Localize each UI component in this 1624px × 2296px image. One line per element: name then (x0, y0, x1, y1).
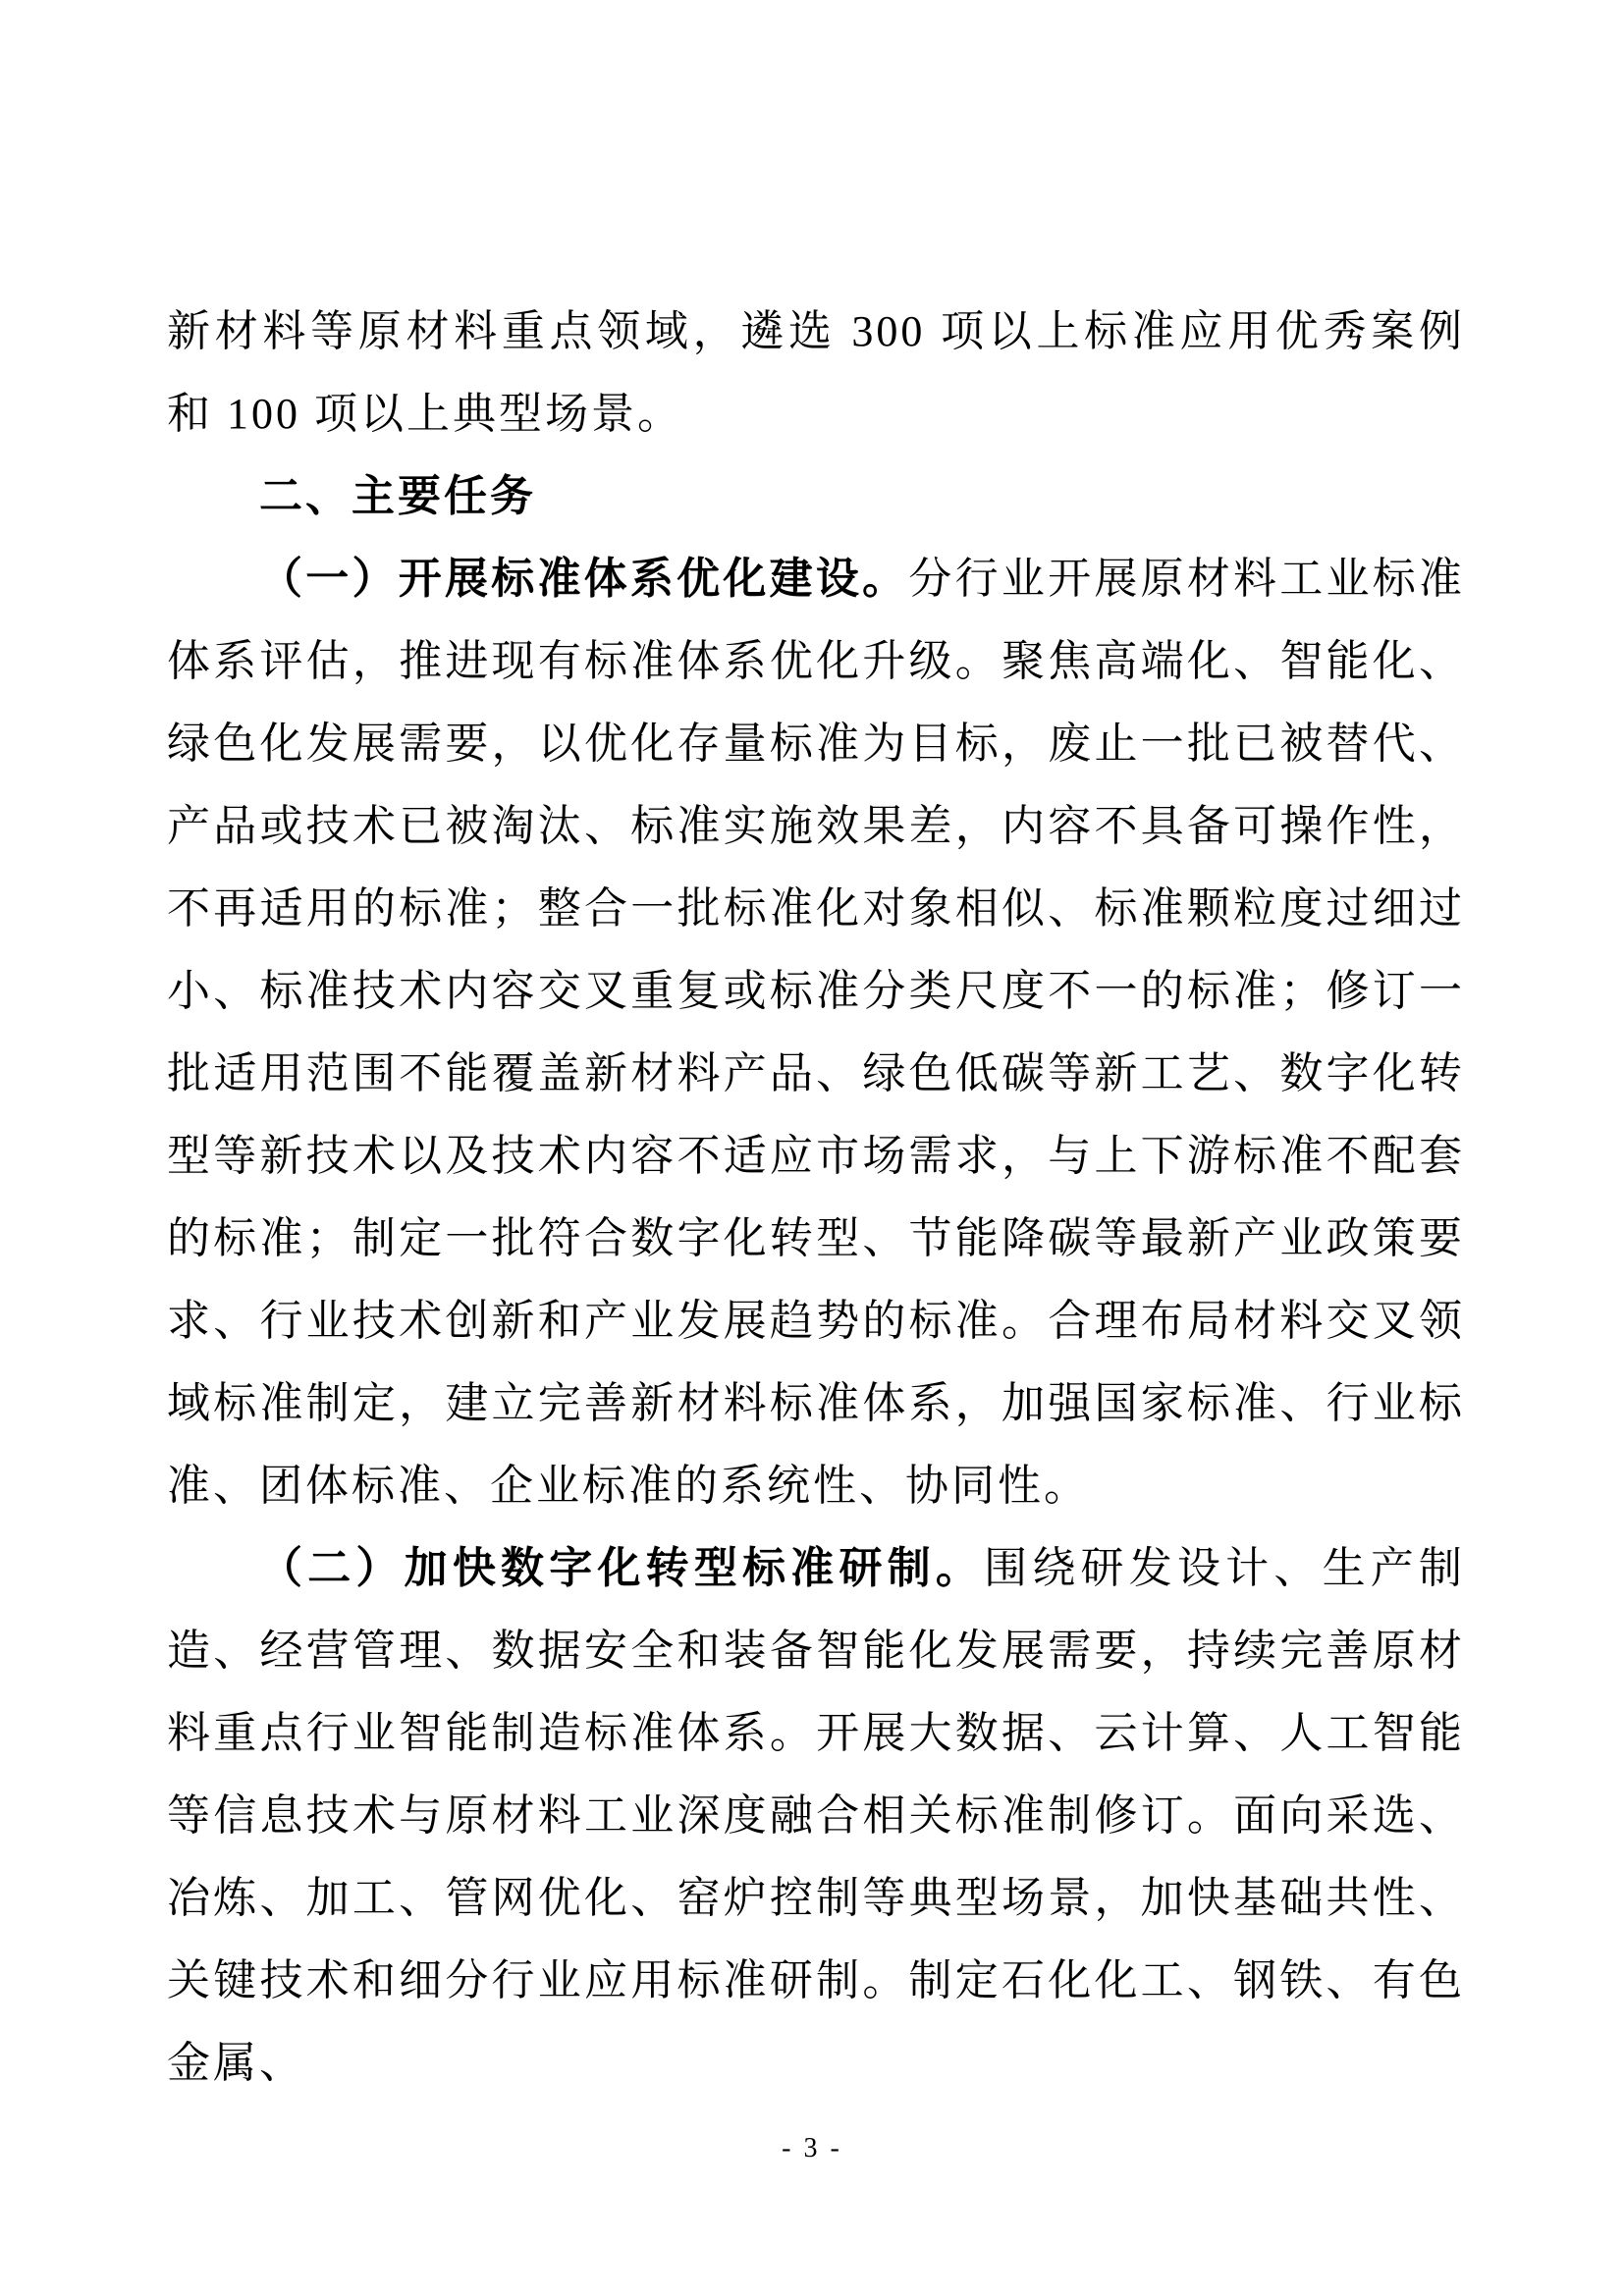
document-body: 新材料等原材料重点领域，遴选 300 项以上标准应用优秀案例和 100 项以上典… (167, 291, 1465, 2105)
paragraph-task-1-lead: （一）开展标准体系优化建设。 (259, 555, 908, 603)
paragraph-continuation: 新材料等原材料重点领域，遴选 300 项以上标准应用优秀案例和 100 项以上典… (167, 291, 1465, 455)
document-page: 新材料等原材料重点领域，遴选 300 项以上标准应用优秀案例和 100 项以上典… (0, 0, 1624, 2296)
paragraph-task-2-lead: （二）加快数字化转型标准研制。 (259, 1544, 984, 1592)
paragraph-task-1: （一）开展标准体系优化建设。分行业开展原材料工业标准体系评估，推进现有标准体系优… (167, 538, 1465, 1527)
section-heading: 二、主要任务 (167, 455, 1465, 538)
paragraph-task-1-text: 分行业开展原材料工业标准体系评估，推进现有标准体系优化升级。聚焦高端化、智能化、… (167, 555, 1465, 1510)
paragraph-task-2: （二）加快数字化转型标准研制。围绕研发设计、生产制造、经营管理、数据安全和装备智… (167, 1527, 1465, 2105)
paragraph-task-2-text: 围绕研发设计、生产制造、经营管理、数据安全和装备智能化发展需要，持续完善原材料重… (167, 1544, 1465, 2087)
page-number: - 3 - (0, 2132, 1624, 2165)
